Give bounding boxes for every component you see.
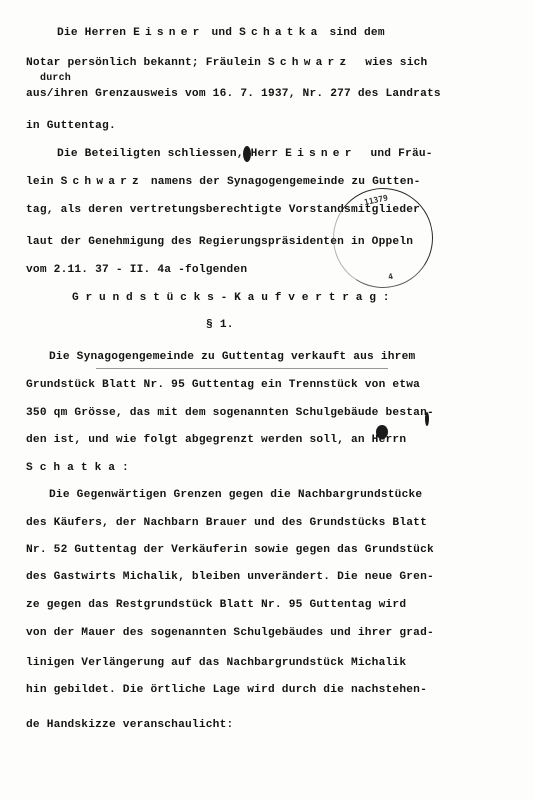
text-fragment: und bbox=[205, 27, 240, 39]
text-fragment: Die Herren bbox=[57, 27, 133, 39]
contract-title: Grundstücks-Kaufvertrag: bbox=[72, 291, 396, 305]
name-schwarz: Schwarz bbox=[268, 57, 351, 69]
text-line: von der Mauer des sogenannten Schulgebäu… bbox=[26, 626, 434, 640]
text-fragment: namens der Synagogengemeinde zu Gutten- bbox=[144, 176, 421, 188]
name-eisner: Eisner bbox=[133, 27, 204, 39]
text-fragment: wies sich bbox=[351, 57, 427, 69]
text-fragment: und Fräu- bbox=[357, 148, 433, 160]
name-eisner: Eisner bbox=[285, 148, 356, 160]
text-line: de Handskizze veranschaulicht: bbox=[26, 718, 233, 732]
text-fragment: lein bbox=[26, 176, 61, 188]
inserted-word: durch bbox=[40, 72, 71, 86]
text-line: ze gegen das Restgrundstück Blatt Nr. 95… bbox=[26, 598, 406, 612]
text-line: Nr. 52 Guttentag der Verkäuferin sowie g… bbox=[26, 543, 434, 557]
text-line: vom 2.11. 37 - II. 4a -folgenden bbox=[26, 263, 247, 277]
text-line: Notar persönlich bekannt; Fräulein Schwa… bbox=[26, 56, 427, 70]
text-line: in Guttentag. bbox=[26, 119, 116, 133]
text-line: lein Schwarz namens der Synagogengemeind… bbox=[26, 175, 421, 189]
scanned-document-page: Die Herren Eisner und Schatka sind dem N… bbox=[0, 0, 533, 800]
text-fragment: Notar persönlich bekannt; Fräulein bbox=[26, 57, 268, 69]
section-heading: § 1. bbox=[206, 318, 234, 332]
ink-blot bbox=[376, 425, 388, 439]
text-line: den ist, und wie folgt abgegrenzt werden… bbox=[26, 433, 406, 447]
ink-blot bbox=[243, 146, 251, 162]
text-line: 350 qm Grösse, das mit dem sogenannten S… bbox=[26, 406, 434, 420]
name-schatka: Schatka bbox=[239, 27, 322, 39]
text-line: hin gebildet. Die örtliche Lage wird dur… bbox=[26, 683, 427, 697]
text-line: des Käufers, der Nachbarn Brauer und des… bbox=[26, 516, 427, 530]
text-line: aus/ihren Grenzausweis vom 16. 7. 1937, … bbox=[26, 87, 441, 101]
name-schwarz: Schwarz bbox=[61, 176, 144, 188]
official-stamp: 11379 4 bbox=[324, 179, 443, 298]
stamp-mark: 4 bbox=[387, 272, 394, 282]
text-line: Grundstück Blatt Nr. 95 Guttentag ein Tr… bbox=[26, 378, 420, 392]
ink-mark bbox=[425, 412, 429, 426]
text-line: Die Herren Eisner und Schatka sind dem bbox=[57, 26, 385, 40]
stamp-number: 11379 bbox=[363, 193, 388, 207]
text-line: Die Gegenwärtigen Grenzen gegen die Nach… bbox=[49, 488, 422, 502]
text-line: linigen Verlängerung auf das Nachbargrun… bbox=[26, 656, 406, 670]
text-line: Die Synagogengemeinde zu Guttentag verka… bbox=[49, 350, 415, 364]
text-fragment: sind dem bbox=[323, 27, 385, 39]
name-schatka: Schatka: bbox=[26, 461, 136, 475]
text-line: des Gastwirts Michalik, bleiben unveränd… bbox=[26, 570, 434, 584]
dotted-underline bbox=[96, 368, 388, 369]
